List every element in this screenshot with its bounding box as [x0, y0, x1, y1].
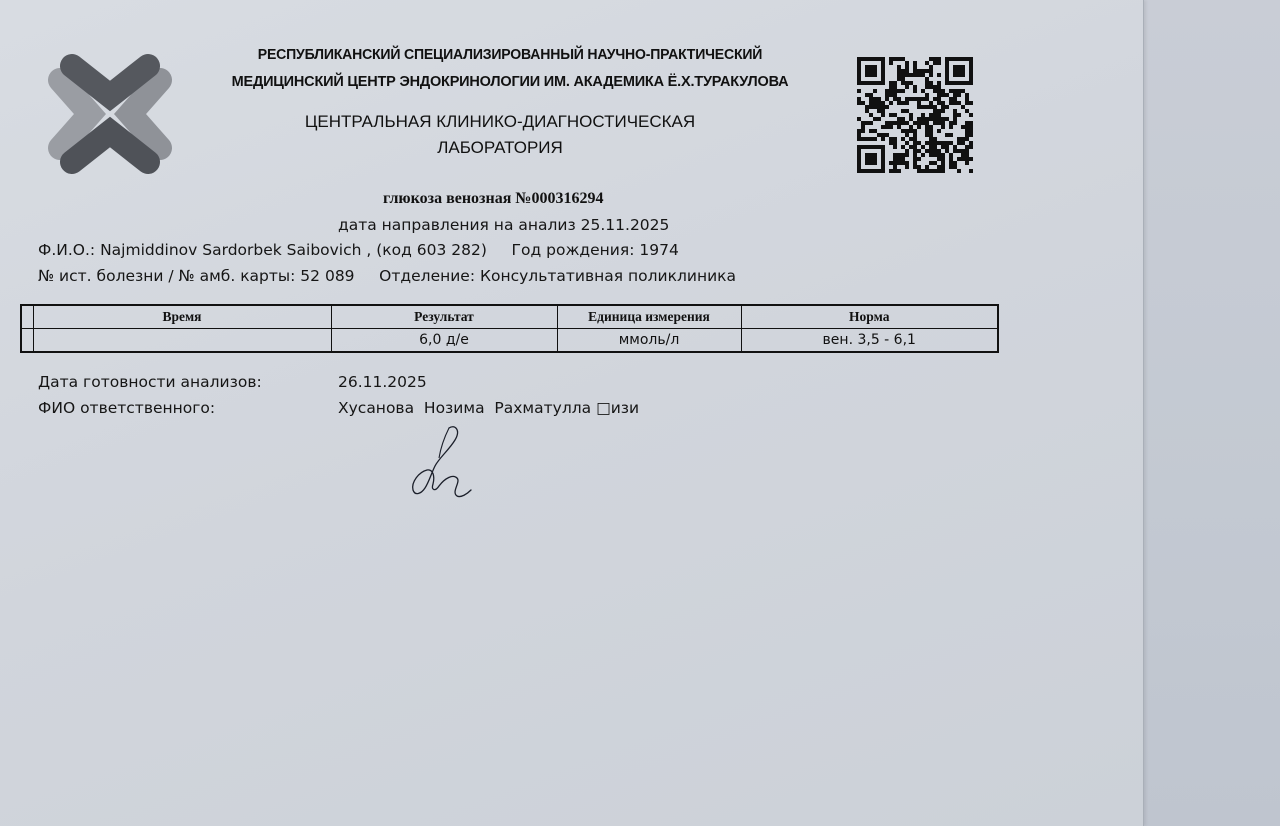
ready-date-value: 26.11.2025 — [338, 373, 427, 391]
table-row: 6,0 д/е ммоль/л вен. 3,5 - 6,1 — [21, 329, 998, 353]
endocrinology-center-logo-icon — [42, 52, 178, 176]
header-norm: Норма — [741, 305, 998, 329]
test-title: глюкоза венозная №000316294 — [383, 190, 603, 208]
qr-code-icon — [857, 57, 973, 173]
responsible-value: Хусанова Нозима Рахматулла □изи — [338, 399, 639, 417]
card-and-department: № ист. болезни / № амб. карты: 52 089 От… — [38, 267, 736, 285]
row-stub — [21, 305, 33, 329]
ready-date-label: Дата готовности анализов: — [38, 373, 262, 391]
cell-norm: вен. 3,5 - 6,1 — [741, 329, 998, 353]
patient-info: Ф.И.О.: Najmiddinov Sardorbek Saibovich … — [38, 241, 679, 259]
cell-unit: ммоль/л — [557, 329, 741, 353]
row-stub — [21, 329, 33, 353]
header-unit: Единица измерения — [557, 305, 741, 329]
laboratory-name-line1: ЦЕНТРАЛЬНАЯ КЛИНИКО-ДИАГНОСТИЧЕСКАЯ — [240, 112, 760, 132]
handwritten-signature-icon — [405, 422, 480, 507]
cell-time — [33, 329, 331, 353]
cell-result: 6,0 д/е — [331, 329, 557, 353]
results-table: Время Результат Единица измерения Норма … — [20, 304, 999, 353]
organization-name-line1: РЕСПУБЛИКАНСКИЙ СПЕЦИАЛИЗИРОВАННЫЙ НАУЧН… — [190, 47, 830, 63]
background-surface — [1140, 0, 1280, 826]
document-page: РЕСПУБЛИКАНСКИЙ СПЕЦИАЛИЗИРОВАННЫЙ НАУЧН… — [0, 0, 1144, 826]
header-time: Время — [33, 305, 331, 329]
referral-date: дата направления на анализ 25.11.2025 — [338, 216, 669, 234]
responsible-label: ФИО ответственного: — [38, 399, 215, 417]
results-header-row: Время Результат Единица измерения Норма — [21, 305, 998, 329]
organization-name-line2: МЕДИЦИНСКИЙ ЦЕНТР ЭНДОКРИНОЛОГИИ ИМ. АКА… — [180, 74, 840, 90]
laboratory-name-line2: ЛАБОРАТОРИЯ — [240, 138, 760, 158]
header-result: Результат — [331, 305, 557, 329]
